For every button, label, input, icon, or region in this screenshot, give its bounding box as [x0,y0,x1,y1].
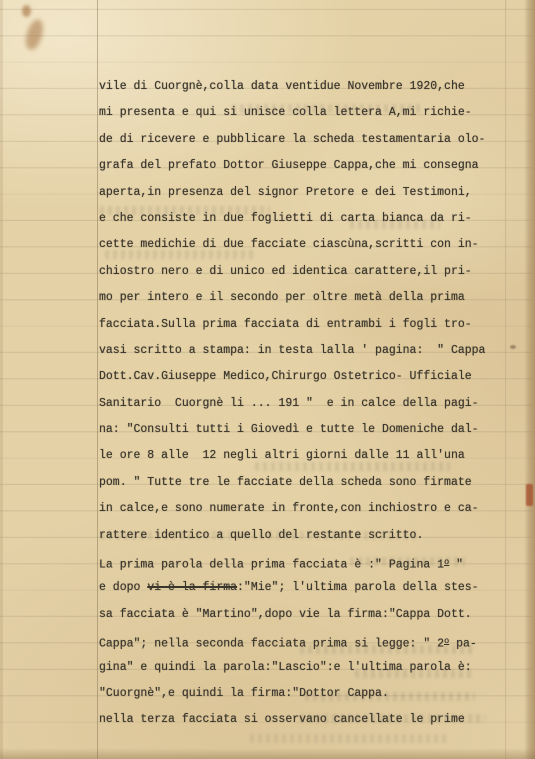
typed-line: nella terza facciata si osservano cancel… [99,707,485,733]
typed-line: rattere identico a quello del restante s… [99,523,485,549]
typed-line: sa facciata è "Martino",dopo vie la firm… [99,602,485,628]
typed-line: in calce,e sono numerate in fronte,con i… [99,496,485,522]
typed-line: aperta,in presenza del signor Pretore e … [99,180,485,206]
typed-line: de di ricevere e pubblicare la scheda te… [99,127,485,153]
typed-line: le ore 8 alle 12 negli altri giorni dall… [99,443,485,469]
left-margin-line [97,0,98,759]
typed-line: gina" e quindi la parola:"Lascio":e l'ul… [99,655,485,681]
typed-line: facciata.Sulla prima facciata di entramb… [99,312,485,338]
page-bottom-edge [0,748,535,759]
page-right-edge [524,0,535,759]
ink-stain [22,5,31,17]
typed-line: pom. " Tutte tre le facciate della sched… [99,470,485,496]
typed-line: grafa del prefato Dottor Giuseppe Cappa,… [99,153,485,179]
page-left-edge [0,0,3,759]
typed-line: mi presenta e qui si unisce colla letter… [99,100,485,126]
typed-line: vile di Cuorgnè,colla data ventidue Nove… [99,74,485,100]
typed-line: na: "Consulti tutti i Giovedì e tutte le… [99,417,485,443]
typed-line: e che consiste in due foglietti di carta… [99,206,485,232]
typed-line: Dott.Cav.Giuseppe Medico,Chirurgo Ostetr… [99,364,485,390]
typed-line: vasi scritto a stampa: in testa lalla ' … [99,338,485,364]
typed-line: mo per intero e il secondo per oltre met… [99,285,485,311]
bleedthrough-smudge [250,734,450,743]
dark-speck [510,345,516,349]
vertical-crease [505,0,507,759]
typed-line: "Cuorgnè",e quindi la firma:"Dottor Capp… [99,681,485,707]
typed-line: cette medichie di due facciate ciascùna,… [99,232,485,258]
typed-line: La prima parola della prima facciata è :… [99,549,485,575]
red-edge-mark [526,484,533,506]
scanned-document-page: vile di Cuorgnè,colla data ventidue Nove… [0,0,535,759]
typed-line: Sanitario Cuorgnè li ... 191 " e in calc… [99,391,485,417]
typed-line: Cappa"; nella seconda facciata prima si … [99,628,485,654]
typed-text-block: vile di Cuorgnè,colla data ventidue Nove… [99,74,485,734]
typed-line: chiostro nero e di unico ed identica car… [99,259,485,285]
typed-line: e dopo vi-è-la-firma:"Mie"; l'ultima par… [99,575,485,601]
